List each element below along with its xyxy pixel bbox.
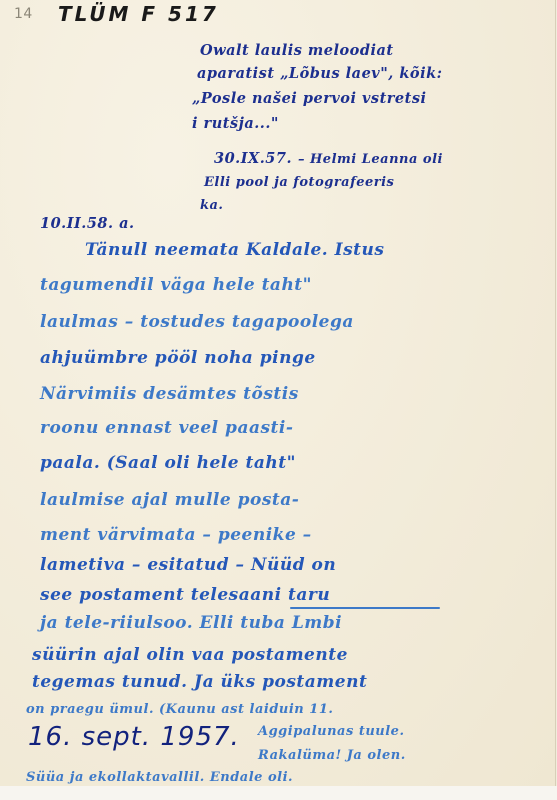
scan-margin: [0, 786, 557, 800]
text-line: ja tele-riiulsoo. Elli tuba Lmbi: [40, 613, 342, 633]
text-line: ahjuümbre pööl noha pinge: [40, 348, 316, 368]
text-line: Tänull neemata Kaldale. Istus: [85, 240, 384, 260]
text-line: lametiva – esitatud – Nüüd on: [40, 555, 336, 575]
text-line: süürin ajal olin vaa postamente: [32, 645, 348, 665]
text-line: tagumendil väga hele taht": [40, 275, 312, 295]
text-line: Rakalüma! Ja olen.: [258, 748, 406, 763]
note-line: ka.: [200, 198, 223, 213]
text-line: tegemas tunud. Ja üks postament: [32, 672, 367, 692]
archival-card: 14 TLÜM F 517 Owalt laulis meloodiat apa…: [0, 0, 556, 788]
text-line: Süüa ja ekollaktavallil. Endale oli.: [26, 770, 293, 785]
archive-reference: TLÜM F 517: [58, 2, 219, 26]
second-date: 10.II.58. a.: [40, 215, 135, 232]
pencil-page-number: 14: [14, 6, 33, 22]
text-line: Aggipalunas tuule.: [258, 724, 404, 739]
note-line: Elli pool ja fotografeeris: [204, 175, 394, 190]
text-line: paala. (Saal oli hele taht": [40, 453, 296, 473]
text-line: see postament telesaani taru: [40, 585, 330, 605]
text-line: laulmas – tostudes tagapoolega: [40, 312, 354, 332]
note-line: „Posle našei pervoi vstretsi: [192, 90, 427, 107]
note-line: – Helmi Leanna oli: [298, 152, 443, 167]
note-line: i rutšja...": [192, 115, 279, 132]
text-line: roonu ennast veel paasti-: [40, 418, 293, 438]
note-date: 30.IX.57.: [214, 150, 292, 167]
note-line: Owalt laulis meloodiat: [200, 42, 394, 59]
text-line: laulmise ajal mulle posta-: [40, 490, 299, 510]
underline-stroke: [290, 607, 440, 609]
footer-date: 16. sept. 1957.: [28, 722, 240, 752]
text-line: ment värvimata – peenike –: [40, 525, 312, 545]
text-line: on praegu ümul. (Kaunu ast laiduin 11.: [26, 702, 333, 717]
note-line: aparatist „Lõbus laev", kõik:: [197, 65, 443, 82]
text-line: Närvimiis desämtes tõstis: [40, 384, 299, 404]
